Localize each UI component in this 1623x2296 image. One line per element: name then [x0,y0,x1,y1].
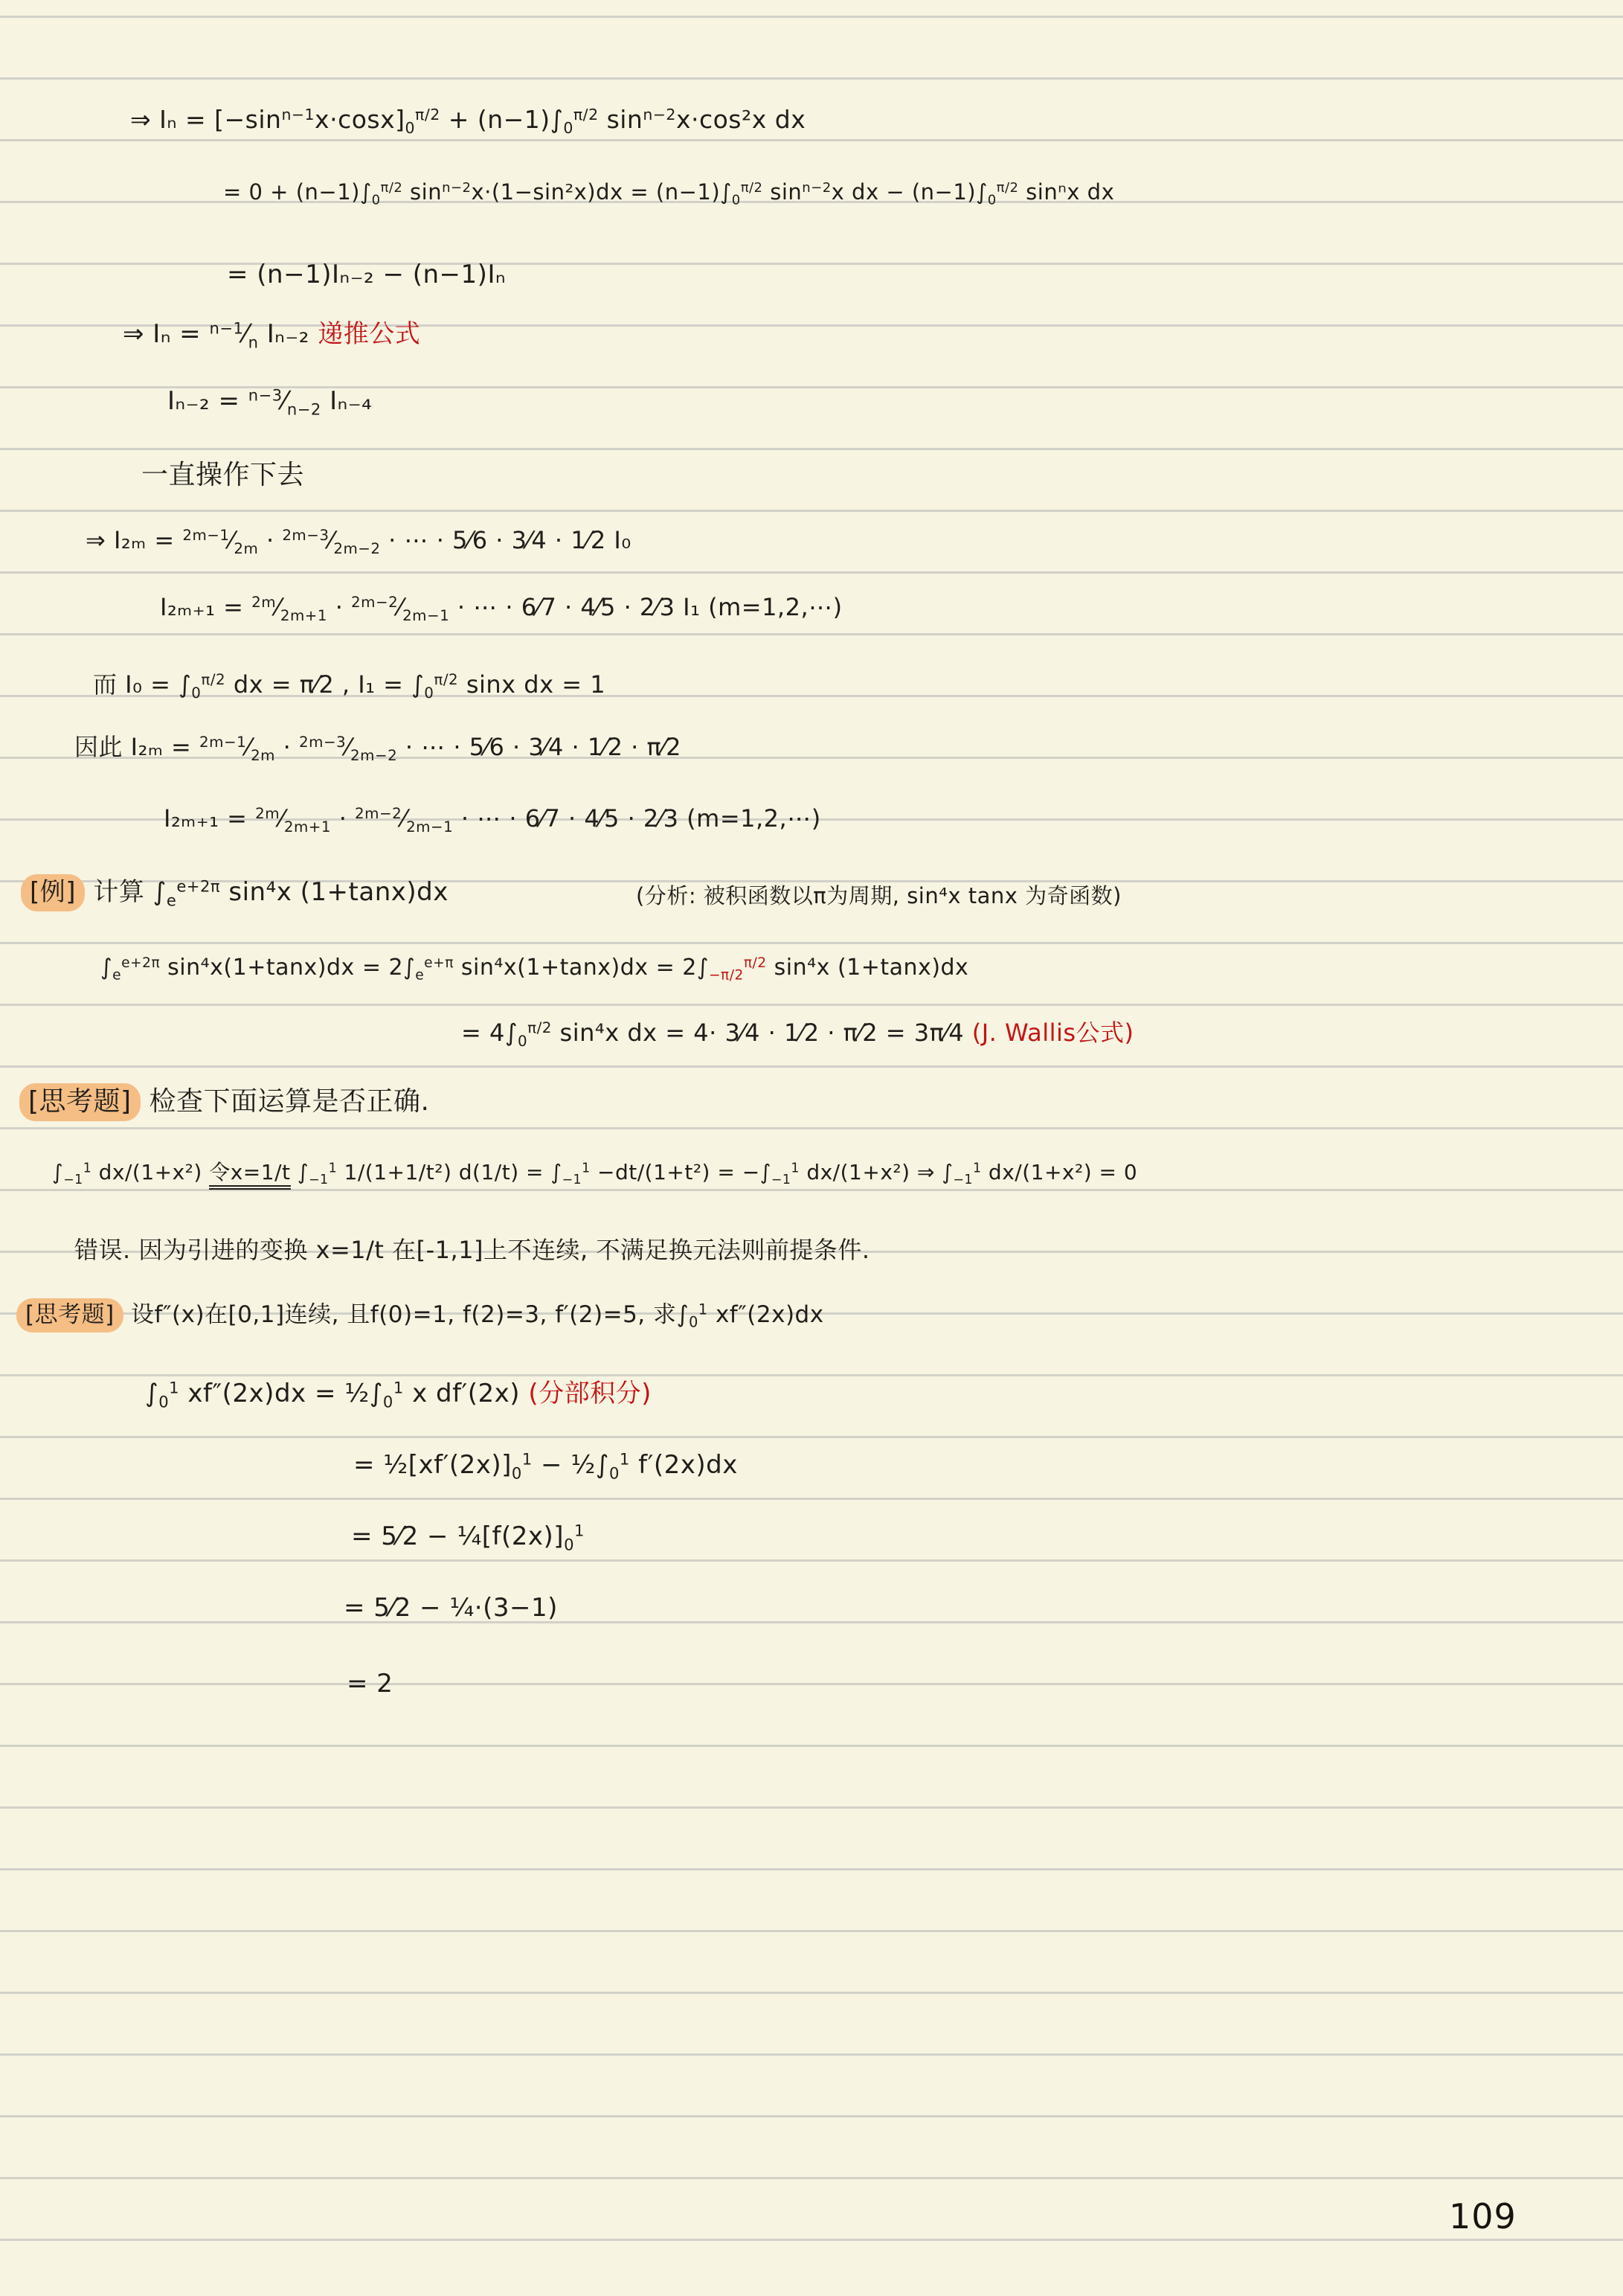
note-line-thinking1-answer: 错误. 因为引进的变换 x=1/t 在[-1,1]上不连续, 不满足换元法则前提… [74,1235,870,1265]
note-line-example-step1: ∫ee+2π sin⁴x(1+tanx)dx = 2∫ee+π sin⁴x(1+… [100,954,968,984]
note-line-thinking1-title: [思考题] 检查下面运算是否正确. [19,1085,429,1118]
note-line-example-result: = 4∫0π/2 sin⁴x dx = 4· 3⁄4 · 1⁄2 · π⁄2 =… [461,1018,1134,1051]
note-line-thinking2-title: [思考题] 设f″(x)在[0,1]连续, 且f(0)=1, f(2)=3, f… [16,1301,824,1332]
note-line-example: [例] 计算 ∫ee+2π sin⁴x (1+tanx)dx [21,876,449,911]
note-line-thinking1-work: ∫−11 dx/(1+x²) 令x=1/t ∫−11 1/(1+1/t²) d(… [52,1159,1137,1189]
note-line-derivation-1: ⇒ Iₙ = [−sinn−1x·cosx]0π/2 + (n−1)∫0π/2 … [130,104,806,138]
note-line-wallis-odd: I₂ₘ₊₁ = 2m⁄2m+1 · 2m−2⁄2m−1 · ⋯ · 6⁄7 · … [164,804,821,837]
note-line-thinking2-step3: = 5⁄2 − ¼[f(2x)]01 [351,1521,585,1555]
note-line-derivation-3: = (n−1)Iₙ₋₂ − (n−1)Iₙ [227,259,506,291]
note-line-continue-text: 一直操作下去 [141,458,304,492]
note-line-thinking2-result: = 2 [347,1668,393,1700]
note-line-thinking2-step2: = ½[xf′(2x)]01 − ½∫01 f′(2x)dx [353,1449,738,1484]
note-line-thinking2-step4: = 5⁄2 − ¼·(3−1) [344,1592,558,1624]
note-line-derivation-2: = 0 + (n−1)∫0π/2 sinn−2x·(1−sin²x)dx = (… [223,179,1114,209]
note-line-i2m: ⇒ I₂ₘ = 2m−1⁄2m · 2m−3⁄2m−2 · ⋯ · 5⁄6 · … [86,525,631,559]
notebook-page: ⇒ Iₙ = [−sinn−1x·cosx]0π/2 + (n−1)∫0π/2 … [0,0,1623,2296]
note-line-recursion: ⇒ Iₙ = n−1⁄n Iₙ₋₂ 递推公式 [123,318,420,353]
note-line-example-analysis: (分析: 被积函数以π为周期, sin⁴x tanx 为奇函数) [636,882,1122,909]
note-line-recursion-2: Iₙ₋₂ = n−3⁄n−2 Iₙ₋₄ [167,385,372,420]
note-line-thinking2-step1: ∫01 xf″(2x)dx = ½∫01 x df′(2x) (分部积分) [145,1378,652,1412]
note-line-i2m1: I₂ₘ₊₁ = 2m⁄2m+1 · 2m−2⁄2m−1 · ⋯ · 6⁄7 · … [160,592,843,626]
note-line-wallis-even: 因此 I₂ₘ = 2m−1⁄2m · 2m−3⁄2m−2 · ⋯ · 5⁄6 ·… [74,732,681,766]
page-number: 109 [1449,2196,1517,2236]
note-line-i0-i1: 而 I₀ = ∫0π/2 dx = π⁄2 , I₁ = ∫0π/2 sinx … [93,670,605,703]
